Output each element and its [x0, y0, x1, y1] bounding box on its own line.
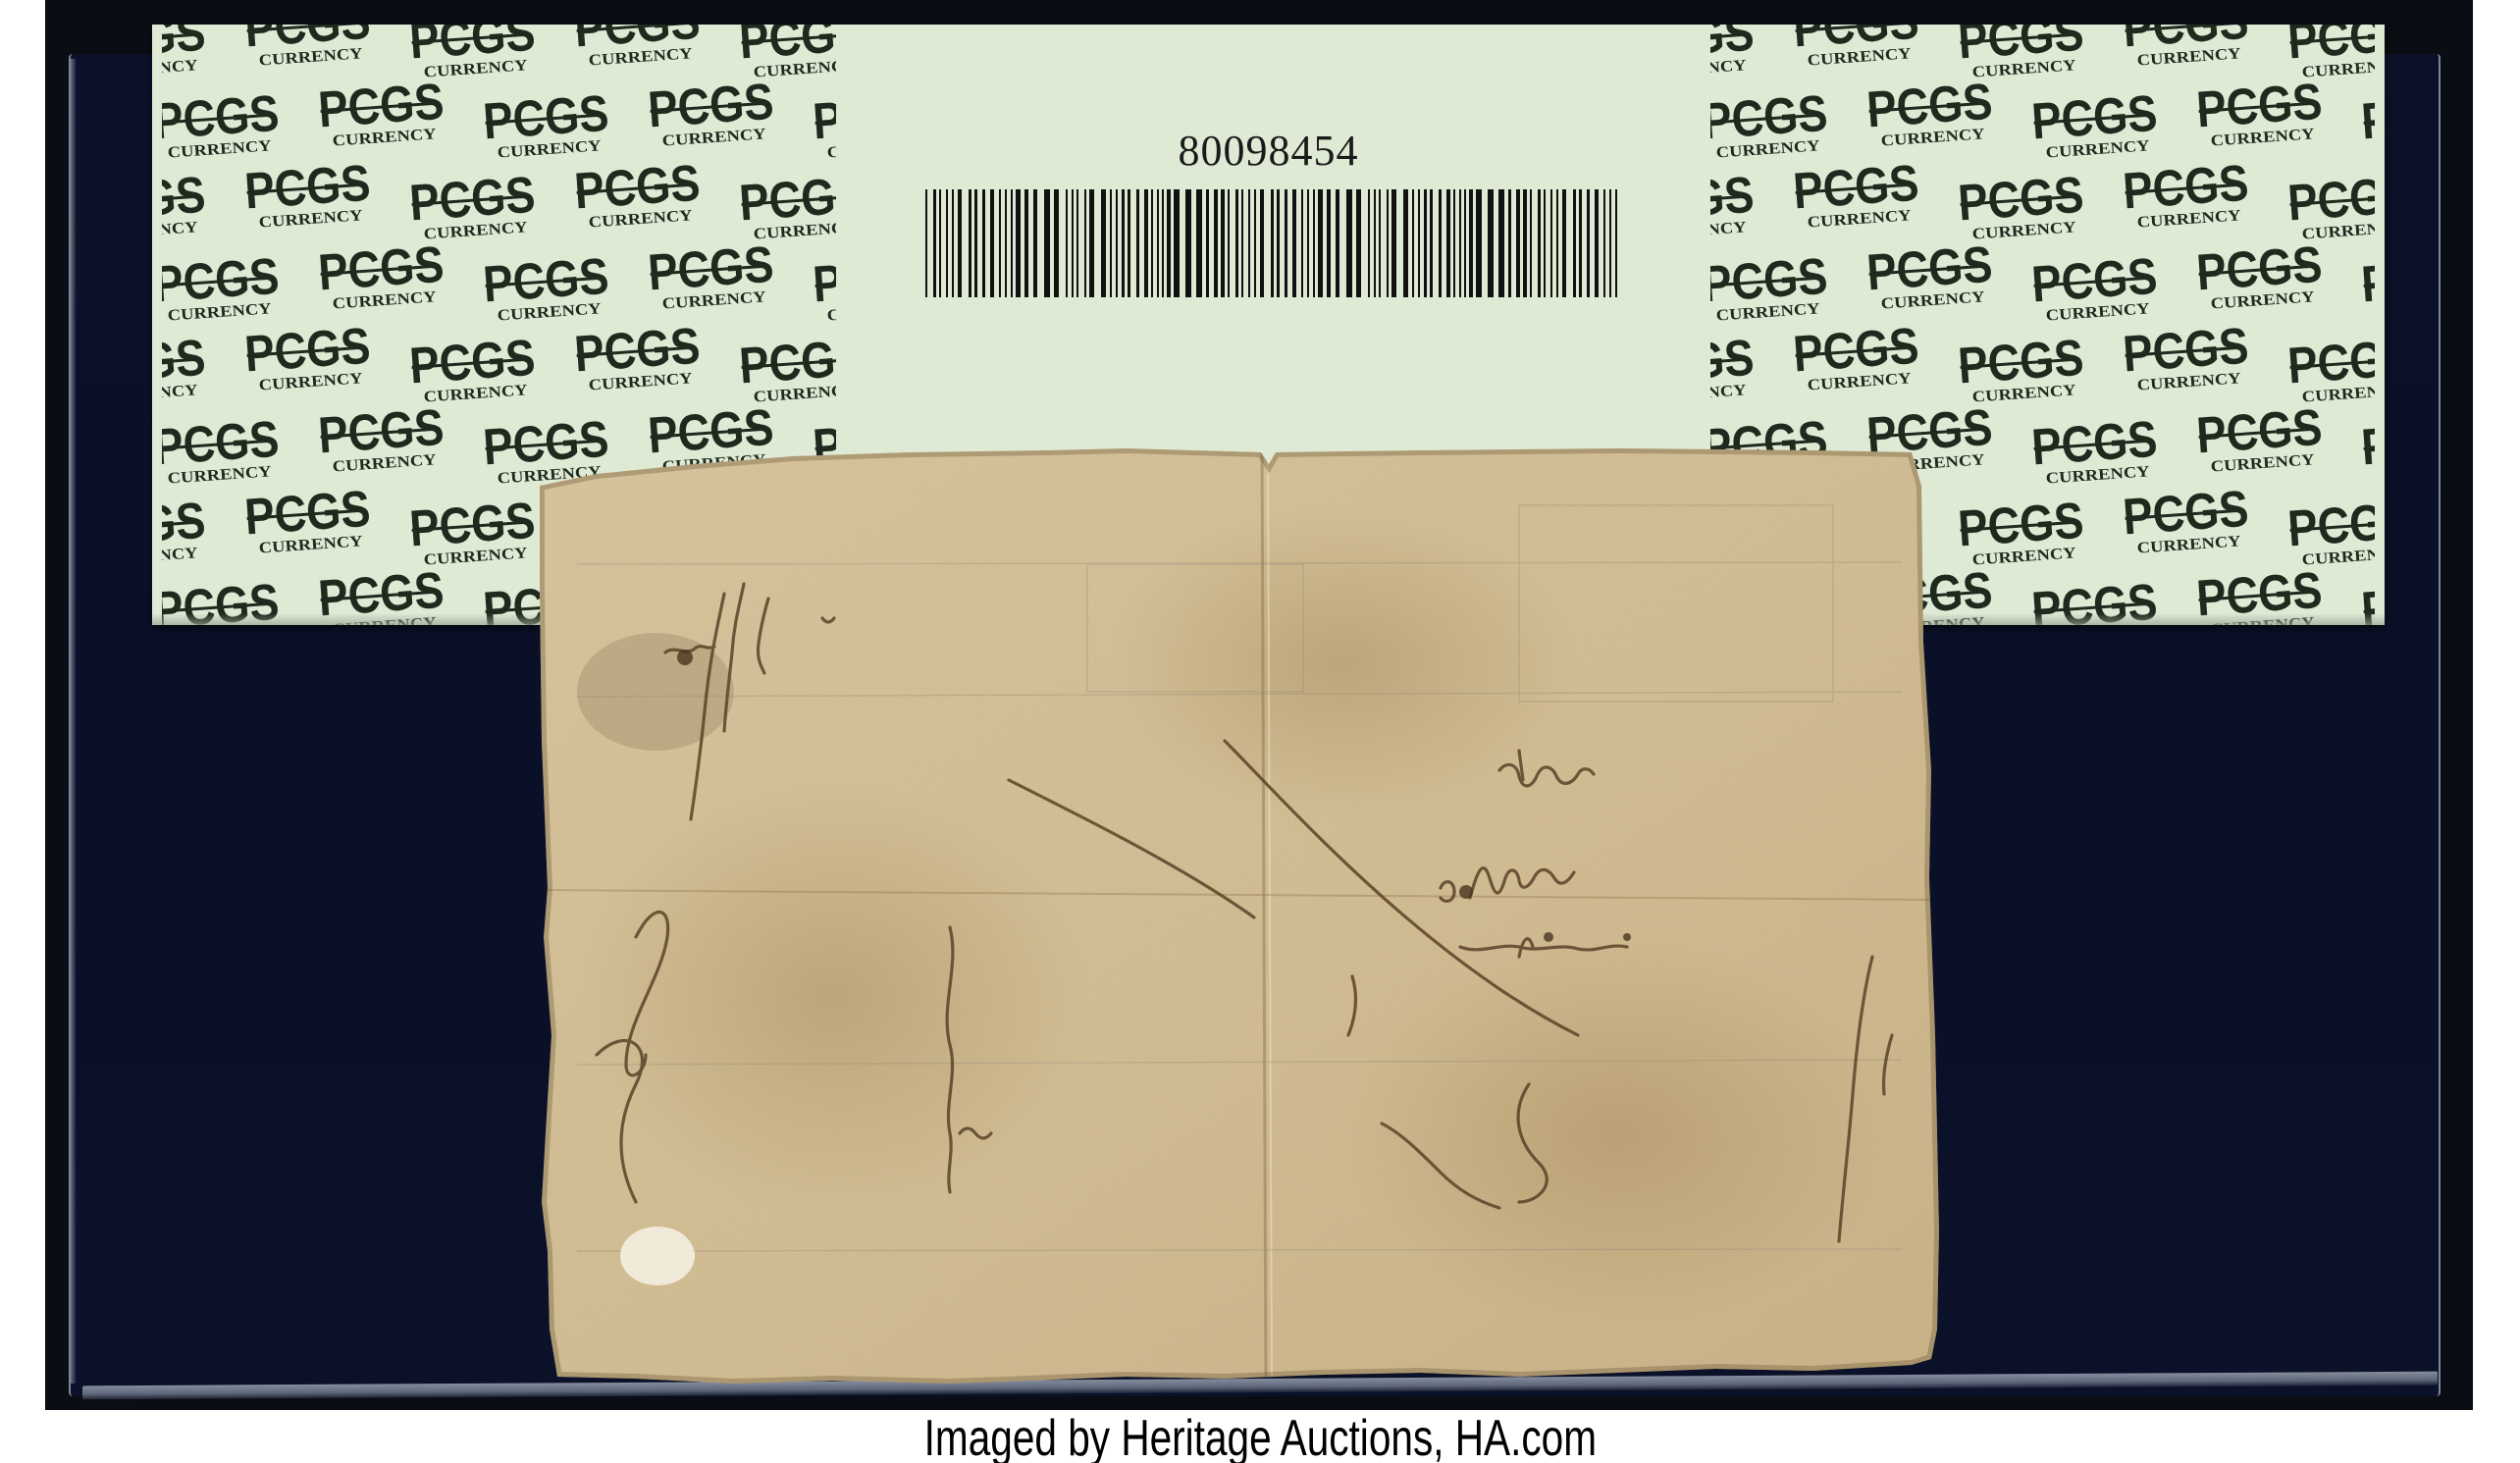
- banknote-image: [538, 446, 1941, 1388]
- pcgs-currency-logo-icon: PCGS CURRENCY: [241, 482, 379, 559]
- pcgs-currency-logo-icon: PCGS CURRENCY: [571, 319, 709, 396]
- pcgs-currency-logo-icon: PCGS CURRENCY: [315, 237, 452, 315]
- pcgs-currency-logo-icon: PCGS CURRENCY: [480, 249, 617, 327]
- pcgs-currency-logo-icon: PCGS CURRENCY: [162, 494, 213, 571]
- barcode-icon: [925, 189, 1618, 297]
- pcgs-currency-logo-icon: PCGS CURRENCY: [2193, 237, 2331, 315]
- pcgs-currency-logo-icon: PCGS CURRENCY: [1710, 25, 1761, 84]
- pcgs-currency-logo-icon: PCGS CURRENCY: [1790, 25, 1927, 73]
- pcgs-currency-logo-icon: PCGS CURRENCY: [162, 249, 287, 327]
- svg-text:PCGS: PCGS: [812, 249, 836, 313]
- pcgs-currency-logo-icon: PCGS CURRENCY: [2358, 412, 2375, 490]
- pcgs-currency-logo-icon: PCGS CURRENCY: [1955, 168, 2092, 245]
- svg-text:CURRENCY: CURRENCY: [162, 545, 199, 568]
- pcgs-currency-logo-icon: PCGS CURRENCY: [2284, 168, 2375, 245]
- pcgs-currency-logo-icon: PCGS CURRENCY: [2120, 482, 2257, 559]
- certification-number: 80098454: [152, 126, 2385, 176]
- pcgs-currency-logo-icon: PCGS CURRENCY: [2284, 331, 2375, 408]
- svg-text:CURRENCY: CURRENCY: [1710, 219, 1748, 242]
- pcgs-currency-logo-icon: PCGS CURRENCY: [1955, 494, 2092, 571]
- holder-edge-reflection: [71, 59, 77, 1384]
- pcgs-currency-logo-icon: PCGS CURRENCY: [162, 25, 213, 84]
- pcgs-currency-logo-icon: PCGS CURRENCY: [645, 237, 782, 315]
- pcgs-currency-logo-icon: PCGS CURRENCY: [1710, 168, 1761, 245]
- pcgs-currency-logo-icon: PCGS CURRENCY: [736, 331, 836, 408]
- pcgs-currency-logo-icon: PCGS CURRENCY: [162, 168, 213, 245]
- pcgs-currency-logo-icon: PCGS CURRENCY: [1710, 249, 1835, 327]
- pcgs-currency-logo-icon: PCGS CURRENCY: [1864, 237, 2001, 315]
- pcgs-currency-logo-icon: PCGS CURRENCY: [2120, 25, 2257, 73]
- pcgs-currency-logo-icon: PCGS CURRENCY: [2028, 412, 2166, 490]
- pcgs-currency-logo-icon: PCGS CURRENCY: [241, 319, 379, 396]
- caption-text: Imaged by Heritage Auctions, HA.com: [923, 1413, 1596, 1463]
- pcgs-currency-logo-icon: PCGS CURRENCY: [2358, 249, 2375, 327]
- svg-text:CURRENCY: CURRENCY: [1710, 57, 1748, 80]
- pcgs-currency-logo-icon: PCGS CURRENCY: [406, 168, 544, 245]
- pcgs-currency-logo-icon: PCGS CURRENCY: [736, 25, 836, 84]
- image-credit-caption: Imaged by Heritage Auctions, HA.com: [0, 1413, 2520, 1463]
- pcgs-currency-logo-icon: PCGS CURRENCY: [1955, 331, 2092, 408]
- pcgs-currency-logo-icon: PCGS CURRENCY: [241, 25, 379, 73]
- pcgs-currency-logo-icon: PCGS CURRENCY: [406, 331, 544, 408]
- svg-text:CURRENCY: CURRENCY: [162, 57, 199, 80]
- pcgs-currency-logo-icon: PCGS CURRENCY: [162, 331, 213, 408]
- pcgs-currency-logo-icon: PCGS CURRENCY: [736, 168, 836, 245]
- pcgs-currency-logo-icon: PCGS CURRENCY: [315, 400, 452, 478]
- pcgs-currency-logo-icon: PCGS CURRENCY: [162, 412, 287, 490]
- pcgs-currency-logo-icon: PCGS CURRENCY: [1955, 25, 2092, 84]
- pcgs-currency-logo-icon: PCGS CURRENCY: [406, 25, 544, 84]
- pcgs-currency-logo-icon: PCGS CURRENCY: [2193, 400, 2331, 478]
- pcgs-currency-logo-icon: PCGS CURRENCY: [571, 25, 709, 73]
- svg-text:CURRENCY: CURRENCY: [1710, 382, 1748, 405]
- pcgs-currency-logo-icon: PCGS CURRENCY: [406, 494, 544, 571]
- pcgs-currency-logo-icon: PCGS CURRENCY: [810, 249, 836, 327]
- svg-text:CURRENCY: CURRENCY: [162, 382, 199, 405]
- banknote-reverse: [538, 446, 1941, 1388]
- pcgs-currency-logo-icon: PCGS CURRENCY: [2284, 25, 2375, 84]
- pcgs-currency-logo-icon: PCGS CURRENCY: [1710, 331, 1761, 408]
- pcgs-currency-logo-icon: PCGS CURRENCY: [2028, 249, 2166, 327]
- pcgs-currency-logo-icon: PCGS CURRENCY: [1790, 319, 1927, 396]
- pcgs-currency-logo-icon: PCGS CURRENCY: [2284, 494, 2375, 571]
- svg-text:PCGS: PCGS: [2360, 412, 2375, 476]
- pcgs-currency-logo-icon: PCGS CURRENCY: [2120, 319, 2257, 396]
- svg-text:PCGS: PCGS: [2360, 249, 2375, 313]
- svg-text:CURRENCY: CURRENCY: [162, 219, 199, 242]
